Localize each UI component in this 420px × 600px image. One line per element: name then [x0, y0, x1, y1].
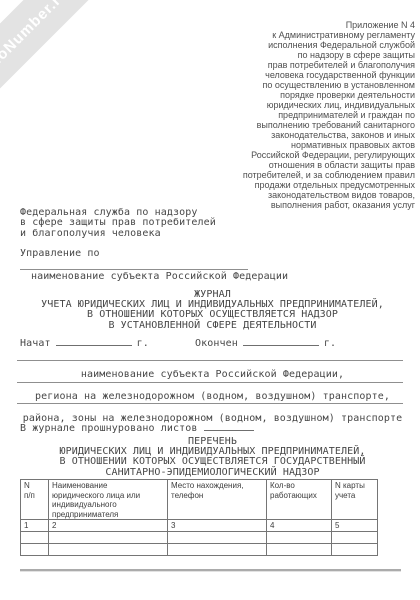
col-header-location: Место нахождения, телефон [168, 480, 267, 520]
appendix-line: прав потребителей и благополучия [175, 60, 415, 70]
appendix-line: нормативных правовых актов [175, 140, 415, 150]
subject-caption-1: наименование субъекта Российской Федерац… [15, 362, 410, 381]
laced-sheets-label: В журнале прошнуровано листов [20, 423, 198, 434]
subject-blank-line-2 [17, 382, 403, 383]
appendix-line: выполнению требований санитарного [175, 120, 415, 130]
table-row [21, 532, 378, 544]
table-header-row: N п/п Наименование юридического лица или… [21, 480, 378, 520]
management-caption: наименование субъекта Российской Федерац… [31, 272, 288, 282]
column-number: 2 [49, 520, 168, 532]
agency-block: Федеральная служба по надзору в сфере за… [20, 208, 216, 239]
appendix-line: юридических лиц, индивидуальных [175, 100, 415, 110]
table-row [21, 544, 378, 556]
finished-suffix: г. [324, 338, 336, 349]
appendix-line: отношения в области защиты прав [175, 160, 415, 170]
page-bottom-divider [20, 569, 401, 572]
col-header-employees: Кол-во работающих [267, 480, 332, 520]
started-label: Начат [20, 338, 51, 349]
agency-line: и благополучия человека [20, 229, 216, 239]
dates-row: Начатг. Оконченг. [0, 336, 420, 348]
management-blank-line [20, 269, 248, 270]
date-started: Начатг. [20, 336, 149, 349]
management-label: Управление по [20, 249, 100, 259]
appendix-line: предпринимателей и граждан по [175, 110, 415, 120]
column-number-row: 1 2 3 4 5 [21, 520, 378, 532]
subject-caption-2: региона на железнодорожном (водном, возд… [15, 384, 410, 403]
appendix-line: потребителей, и за соблюдением правил [175, 170, 415, 180]
started-blank-field [56, 336, 132, 346]
date-finished: Оконченг. [195, 336, 336, 349]
appendix-line: законодательством видов товаров, [175, 190, 415, 200]
appendix-line: исполнения Федеральной службой [175, 40, 415, 50]
registry-table: N п/п Наименование юридического лица или… [20, 479, 378, 556]
column-number: 5 [332, 520, 378, 532]
list-title-line: САНИТАРНО-ЭПИДЕМИОЛОГИЧЕСКИЙ НАДЗОР [15, 468, 410, 478]
appendix-line: человека государственной функции [175, 70, 415, 80]
appendix-line: по надзору в сфере защиты [175, 50, 415, 60]
finished-blank-field [243, 336, 319, 346]
col-header-card: N карты учета [332, 480, 378, 520]
appendix-line: продажи отдельных предусмотренных [175, 180, 415, 190]
appendix-line: Приложение N 4 [175, 20, 415, 30]
watermark-band: NoNumber.ru [0, 0, 129, 129]
journal-title-line: В УСТАНОВЛЕННОЙ СФЕРЕ ДЕЯТЕЛЬНОСТИ [15, 321, 410, 331]
col-header-number: N п/п [21, 480, 49, 520]
finished-label: Окончен [195, 338, 238, 349]
watermark-text: NoNumber.ru [0, 0, 71, 71]
subject-blank-line-3 [17, 403, 403, 404]
journal-title: ЖУРНАЛ УЧЕТА ЮРИДИЧЕСКИХ ЛИЦ И ИНДИВИДУА… [15, 290, 410, 331]
column-number: 3 [168, 520, 267, 532]
appendix-line: законодательства, законов и иных [175, 130, 415, 140]
started-suffix: г. [137, 338, 149, 349]
appendix-line: порядке проверки деятельности [175, 90, 415, 100]
laced-sheets-blank-field [204, 421, 254, 431]
appendix-header: Приложение N 4 к Административному регла… [175, 20, 415, 210]
appendix-line: к Административному регламенту [175, 30, 415, 40]
column-number: 4 [267, 520, 332, 532]
column-number: 1 [21, 520, 49, 532]
appendix-line: по осуществлению в установленном [175, 80, 415, 90]
subject-blank-line-1 [17, 360, 403, 361]
laced-sheets-row: В журнале прошнуровано листов [20, 421, 259, 434]
appendix-line: Российской Федерации, регулирующих [175, 150, 415, 160]
document-page: NoNumber.ru Приложение N 4 к Администрат… [0, 0, 420, 600]
list-title: ПЕРЕЧЕНЬ ЮРИДИЧЕСКИХ ЛИЦ И ИНДИВИДУАЛЬНЫ… [15, 437, 410, 478]
col-header-name: Наименование юридического лица или индив… [49, 480, 168, 520]
